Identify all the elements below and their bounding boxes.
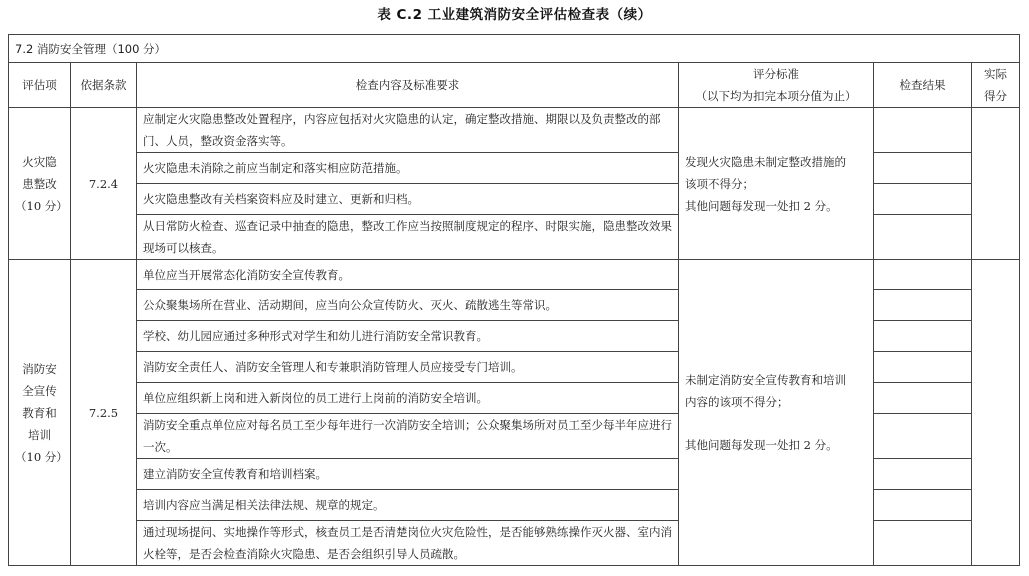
check-content: 消防安全责任人、消防安全管理人和专兼职消防管理人员应接受专门培训。 <box>137 352 679 383</box>
fire-safety-assessment-table: 7.2 消防安全管理（100 分） 评估项 依据条款 检查内容及标准要求 评分标… <box>8 34 1020 566</box>
col-header-score: 实际 得分 <box>972 63 1020 108</box>
check-content: 公众聚集场所在营业、活动期间，应当向公众宣传防火、灭火、疏散逃生等常识。 <box>137 290 679 321</box>
check-result-cell[interactable] <box>874 414 972 459</box>
assessment-item: 火灾隐 患整改 （10 分） <box>9 108 71 260</box>
table-row: 火灾隐 患整改 （10 分） 7.2.4 应制定火灾隐患整改处置程序，内容应包括… <box>9 108 1020 153</box>
clause-number: 7.2.4 <box>71 108 137 260</box>
check-result-cell[interactable] <box>874 260 972 290</box>
table-row: 消防安 全宣传 教育和 培训 （10 分） 7.2.5 单位应当开展常态化消防安… <box>9 260 1020 290</box>
check-result-cell[interactable] <box>874 290 972 321</box>
col-header-item: 评估项 <box>9 63 71 108</box>
table-title: 表 C.2 工业建筑消防安全评估检查表（续） <box>0 3 1029 23</box>
check-result-cell[interactable] <box>874 108 972 153</box>
col-header-content: 检查内容及标准要求 <box>137 63 679 108</box>
check-content: 培训内容应当满足相关法律法规、规章的规定。 <box>137 490 679 521</box>
check-content: 通过现场提问、实地操作等形式，核查员工是否清楚岗位火灾危险性，是否能够熟练操作灭… <box>137 521 679 566</box>
check-result-cell[interactable] <box>874 184 972 215</box>
check-result-cell[interactable] <box>874 215 972 260</box>
check-content: 单位应组织新上岗和进入新岗位的员工进行上岗前的消防安全培训。 <box>137 383 679 414</box>
check-result-cell[interactable] <box>874 459 972 490</box>
check-result-cell[interactable] <box>874 153 972 184</box>
col-header-clause: 依据条款 <box>71 63 137 108</box>
standard-note: （以下均为扣完本项分值为止） <box>685 85 867 107</box>
clause-number: 7.2.5 <box>71 260 137 566</box>
standard-title: 评分标准 <box>685 63 867 85</box>
actual-score-cell[interactable] <box>972 108 1020 260</box>
check-content: 从日常防火检查、巡查记录中抽查的隐患，整改工作应当按照制度规定的程序、时限实施，… <box>137 215 679 260</box>
check-content: 学校、幼儿园应通过多种形式对学生和幼儿进行消防安全常识教育。 <box>137 321 679 352</box>
check-content: 建立消防安全宣传教育和培训档案。 <box>137 459 679 490</box>
assessment-item: 消防安 全宣传 教育和 培训 （10 分） <box>9 260 71 566</box>
check-content: 应制定火灾隐患整改处置程序，内容应包括对火灾隐患的认定，确定整改措施、期限以及负… <box>137 108 679 153</box>
check-result-cell[interactable] <box>874 321 972 352</box>
check-result-cell[interactable] <box>874 383 972 414</box>
check-result-cell[interactable] <box>874 490 972 521</box>
check-content: 单位应当开展常态化消防安全宣传教育。 <box>137 260 679 290</box>
scoring-standard: 未制定消防安全宣传教育和培训 内容的该项不得分； 其他问题每发现一处扣 2 分。 <box>679 260 874 566</box>
actual-score-cell[interactable] <box>972 260 1020 566</box>
check-content: 火灾隐患整改有关档案资料应及时建立、更新和归档。 <box>137 184 679 215</box>
section-header: 7.2 消防安全管理（100 分） <box>9 35 1020 63</box>
check-content: 消防安全重点单位应对每名员工至少每年进行一次消防安全培训；公众聚集场所对员工至少… <box>137 414 679 459</box>
col-header-standard: 评分标准 （以下均为扣完本项分值为止） <box>679 63 874 108</box>
check-result-cell[interactable] <box>874 521 972 566</box>
scoring-standard: 发现火灾隐患未制定整改措施的 该项不得分； 其他问题每发现一处扣 2 分。 <box>679 108 874 260</box>
check-content: 火灾隐患未消除之前应当制定和落实相应防范措施。 <box>137 153 679 184</box>
check-result-cell[interactable] <box>874 352 972 383</box>
col-header-result: 检查结果 <box>874 63 972 108</box>
